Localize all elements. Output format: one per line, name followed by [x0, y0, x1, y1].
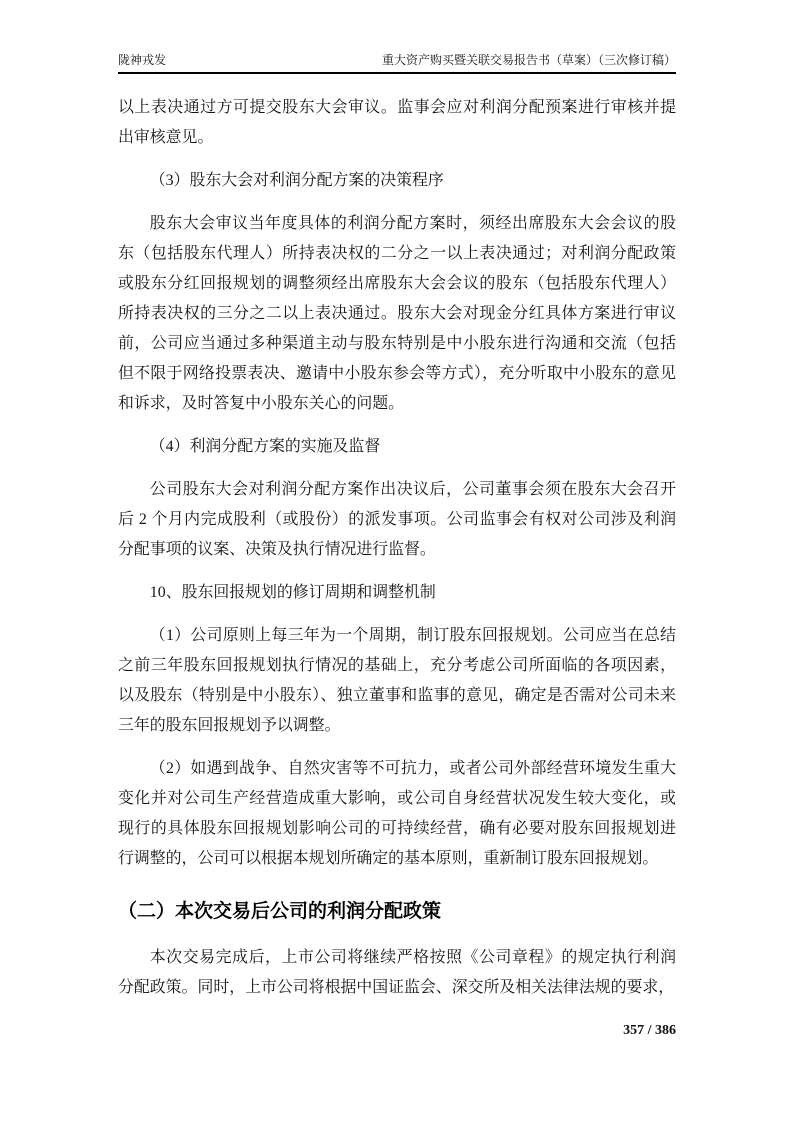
text-line: 股东大会审议当年度具体的利润分配方案时，须经出席股东大会会议的股 [118, 209, 676, 239]
text-line: 前，公司应当通过多种渠道主动与股东特别是中小股东进行沟通和交流（包括 [118, 329, 676, 359]
text-line: 现行的具体股东回报规划影响公司的可持续经营，确有必要对股东回报规划进 [118, 814, 676, 844]
paragraph: （4）利润分配方案的实施及监督 [118, 432, 676, 462]
header-document-title: 重大资产购买暨关联交易报告书（草案）（三次修订稿） [382, 53, 676, 68]
paragraph: （1）公司原则上每三年为一个周期，制订股东回报规划。公司应当在总结之前三年股东回… [118, 621, 676, 741]
text-line: 行调整的，公司可以根据本规划所确定的基本原则，重新制订股东回报规划。 [118, 844, 676, 874]
text-line: 之前三年股东回报规划执行情况的基础上，充分考虑公司所面临的各项因素， [118, 651, 676, 681]
text-line: 后 2 个月内完成股利（或股份）的派发事项。公司监事会有权对公司涉及利润 [118, 505, 676, 535]
text-line: 出审核意见。 [118, 123, 676, 153]
text-line: 分配事项的议案、决策及执行情况进行监督。 [118, 535, 676, 565]
text-line: 分配政策。同时，上市公司将根据中国证监会、深交所及相关法律法规的要求， [118, 973, 676, 1003]
paragraph: （3）股东大会对利润分配方案的决策程序 [118, 166, 676, 196]
text-line: （2）如遇到战争、自然灾害等不可抗力，或者公司外部经营环境发生重大 [118, 754, 676, 784]
text-line: 以及股东（特别是中小股东）、独立董事和监事的意见，确定是否需对公司未来 [118, 681, 676, 711]
document-body: 以上表决通过方可提交股东大会审议。监事会应对利润分配预案进行审核并提出审核意见。… [118, 93, 676, 1016]
page-number: 357 / 386 [623, 1023, 676, 1038]
document-page: 陇神戎发 重大资产购买暨关联交易报告书（草案）（三次修订稿） 以上表决通过方可提… [0, 0, 793, 1122]
page-footer: 357 / 386 [118, 1021, 676, 1041]
text-line: 和诉求，及时答复中小股东关心的问题。 [118, 389, 676, 419]
text-line: （二）本次交易后公司的利润分配政策 [118, 896, 676, 928]
text-line: 东（包括股东代理人）所持表决权的二分之一以上表决通过；对利润分配政策 [118, 239, 676, 269]
text-line: 所持表决权的三分之二以上表决通过。股东大会对现金分红具体方案进行审议 [118, 299, 676, 329]
paragraph: 股东大会审议当年度具体的利润分配方案时，须经出席股东大会会议的股东（包括股东代理… [118, 209, 676, 419]
paragraph: 以上表决通过方可提交股东大会审议。监事会应对利润分配预案进行审核并提出审核意见。 [118, 93, 676, 153]
header-company-name: 陇神戎发 [118, 53, 166, 68]
text-line: （4）利润分配方案的实施及监督 [118, 432, 676, 462]
text-line: 10、股东回报规划的修订周期和调整机制 [118, 578, 676, 608]
paragraph: 本次交易完成后，上市公司将继续严格按照《公司章程》的规定执行利润分配政策。同时，… [118, 943, 676, 1003]
page-header: 陇神戎发 重大资产购买暨关联交易报告书（草案）（三次修订稿） [118, 53, 676, 74]
text-line: 本次交易完成后，上市公司将继续严格按照《公司章程》的规定执行利润 [118, 943, 676, 973]
paragraph: （2）如遇到战争、自然灾害等不可抗力，或者公司外部经营环境发生重大变化并对公司生… [118, 754, 676, 874]
text-line: 或股东分红回报规划的调整须经出席股东大会会议的股东（包括股东代理人） [118, 269, 676, 299]
text-line: （1）公司原则上每三年为一个周期，制订股东回报规划。公司应当在总结 [118, 621, 676, 651]
section-heading: （二）本次交易后公司的利润分配政策 [118, 896, 676, 928]
text-line: （3）股东大会对利润分配方案的决策程序 [118, 166, 676, 196]
text-line: 变化并对公司生产经营造成重大影响，或公司自身经营状况发生较大变化，或 [118, 784, 676, 814]
text-line: 三年的股东回报规划予以调整。 [118, 711, 676, 741]
text-line: 以上表决通过方可提交股东大会审议。监事会应对利润分配预案进行审核并提 [118, 93, 676, 123]
text-line: 但不限于网络投票表决、邀请中小股东参会等方式），充分听取中小股东的意见 [118, 359, 676, 389]
paragraph: 10、股东回报规划的修订周期和调整机制 [118, 578, 676, 608]
text-line: 公司股东大会对利润分配方案作出决议后，公司董事会须在股东大会召开 [118, 475, 676, 505]
paragraph: 公司股东大会对利润分配方案作出决议后，公司董事会须在股东大会召开后 2 个月内完… [118, 475, 676, 565]
